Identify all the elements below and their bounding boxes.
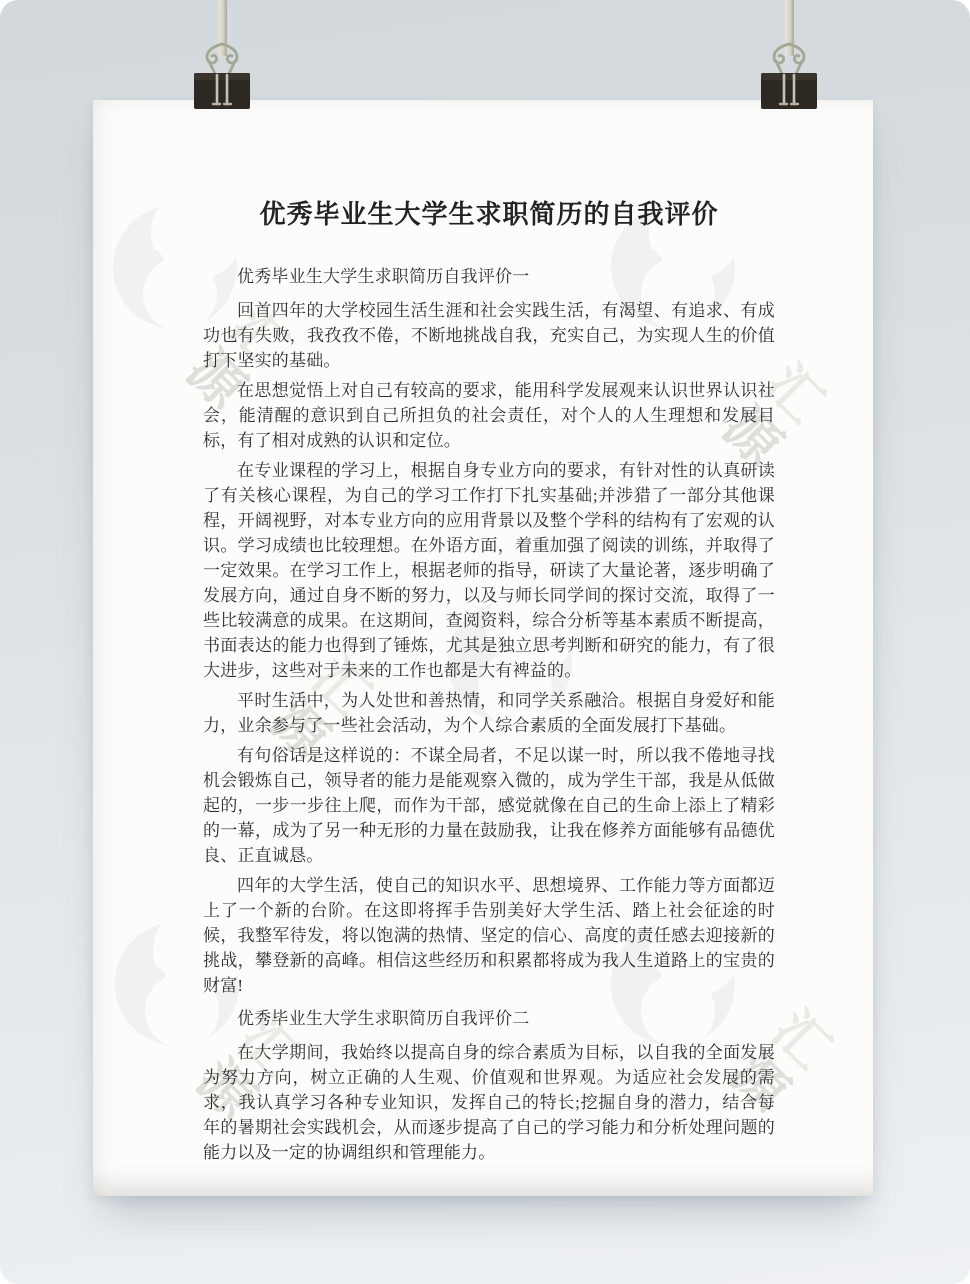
paragraph: 在大学期间，我始终以提高自身的综合素质为目标，以自我的全面发展为努力方向，树立正…	[203, 1040, 775, 1165]
paragraph: 四年的大学生活，使自己的知识水平、思想境界、工作能力等方面都迈上了一个新的台阶。…	[203, 873, 775, 998]
paragraph: 回首四年的大学校园生活生涯和社会实践生活，有渴望、有追求、有成功也有失败，我孜孜…	[203, 298, 775, 373]
paragraph: 平时生活中，为人处世和善热情，和同学关系融洽。根据自身爱好和能力，业余参与了一些…	[203, 688, 775, 738]
paragraph: 在思想觉悟上对自己有较高的要求，能用科学发展观来认识世界认识社会，能清醒的意识到…	[203, 378, 775, 453]
paragraph: 在专业课程的学习上，根据自身专业方向的要求，有针对性的认真研读了有关核心课程，为…	[203, 458, 775, 683]
document-page: 汇源 汇源 汇源 汇源 汇源 优秀毕业生大学生求职简历的自我评价 优秀毕业生大学…	[93, 100, 873, 1196]
document-title: 优秀毕业生大学生求职简历的自我评价	[203, 200, 775, 230]
paragraph: 有句俗话是这样说的：不谋全局者，不足以谋一时，所以我不倦地寻找机会锻炼自己，领导…	[203, 743, 775, 868]
poster-mockup: 汇源 汇源 汇源 汇源 汇源 优秀毕业生大学生求职简历的自我评价 优秀毕业生大学…	[0, 0, 970, 1284]
section-1-heading: 优秀毕业生大学生求职简历自我评价一	[203, 264, 775, 289]
document-content: 优秀毕业生大学生求职简历的自我评价 优秀毕业生大学生求职简历自我评价一 回首四年…	[93, 100, 873, 1165]
section-2-heading: 优秀毕业生大学生求职简历自我评价二	[203, 1006, 775, 1031]
